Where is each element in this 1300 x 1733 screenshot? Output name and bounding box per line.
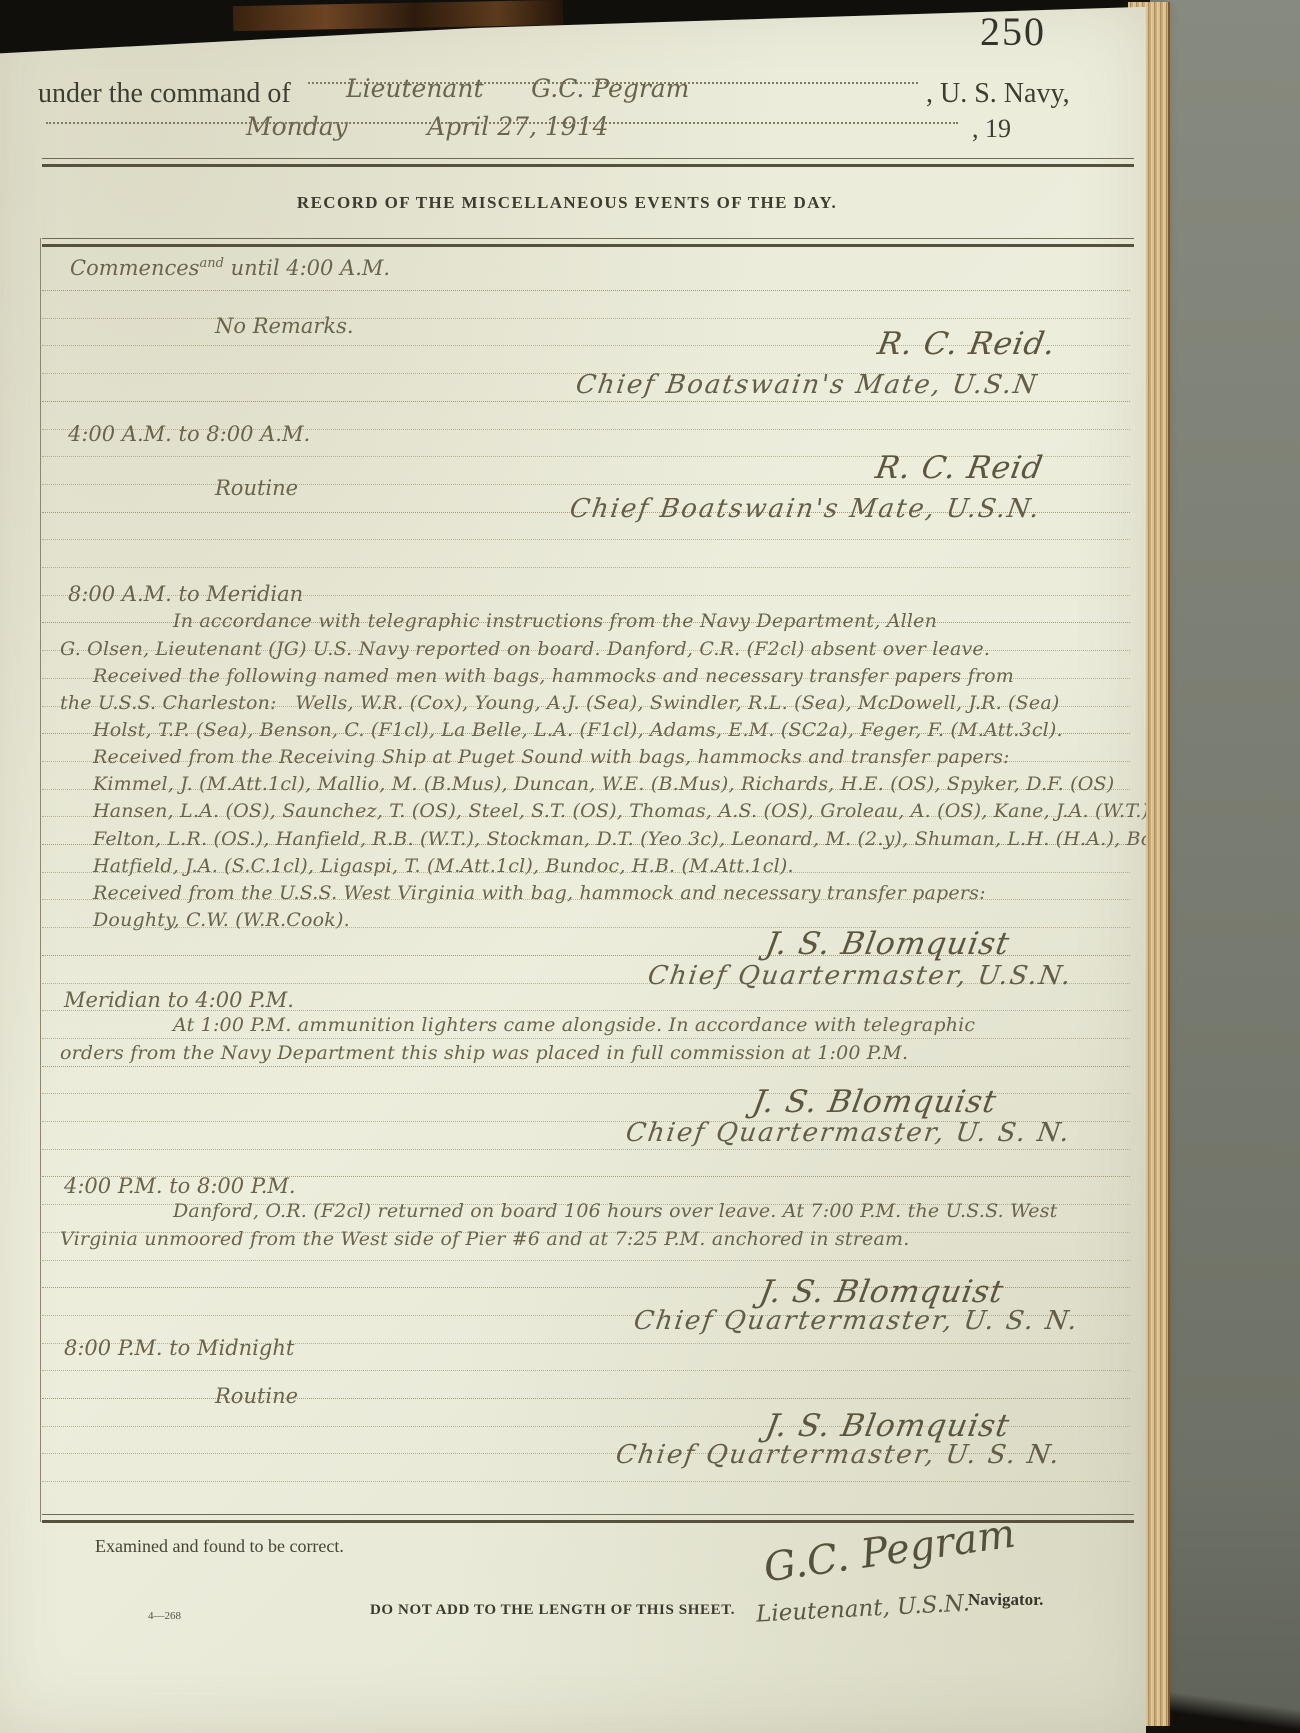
log-text-line: Felton, L.R. (OS.), Hanfield, R.B. (W.T.… <box>93 828 1146 850</box>
examined-note: Examined and found to be correct. <box>95 1536 344 1557</box>
events-heading: RECORD OF THE MISCELLANEOUS EVENTS OF TH… <box>0 193 1146 213</box>
date-handwritten: Monday April 27, 1914 <box>246 112 609 141</box>
signature-name: J. S. Blomquist <box>763 926 1013 962</box>
log-text-line: Danford, O.R. (F2cl) returned on board 1… <box>173 1200 1058 1222</box>
log-text-line: Kimmel, J. (M.Att.1cl), Mallio, M. (B.Mu… <box>93 773 1114 795</box>
length-warning: DO NOT ADD TO THE LENGTH OF THIS SHEET. <box>370 1602 735 1619</box>
log-text-line: In accordance with telegraphic instructi… <box>173 610 937 632</box>
ruled-line <box>42 1398 1130 1399</box>
ruled-line <box>42 401 1130 402</box>
watch-remark: Routine <box>215 476 298 500</box>
ruled-line <box>42 1038 1130 1039</box>
ruled-line <box>42 1481 1130 1482</box>
ruled-line <box>42 567 1130 568</box>
watch-time-heading: 4:00 A.M. to 8:00 A.M. <box>68 422 310 446</box>
log-text-line: Holst, T.P. (Sea), Benson, C. (F1cl), La… <box>93 719 1063 741</box>
ruled-line <box>42 1066 1130 1067</box>
signature-title: Chief Boatswain's Mate, U.S.N <box>574 370 1040 400</box>
signature-name: R. C. Reid <box>873 450 1046 486</box>
log-page: 250 under the command of Lieutenant G.C.… <box>0 0 1146 1733</box>
date-underline <box>46 122 958 124</box>
log-text-line: Received the following named men with ba… <box>93 665 1014 687</box>
log-text-line: Hatfield, J.A. (S.C.1cl), Ligaspi, T. (M… <box>93 855 794 877</box>
signature-name: J. S. Blomquist <box>763 1408 1013 1444</box>
usnavy-suffix: , U. S. Navy, <box>926 78 1070 110</box>
backing-page <box>1150 0 1300 1733</box>
commander-name-handwritten: Lieutenant G.C. Pegram <box>346 74 689 103</box>
signature-title: Chief Quartermaster, U.S.N. <box>646 961 1074 991</box>
form-number: 4—268 <box>148 1610 181 1622</box>
signature-name: J. S. Blomquist <box>757 1274 1007 1310</box>
leather-spine-strip <box>233 0 563 31</box>
signature-title: Chief Boatswain's Mate, U.S.N. <box>568 494 1043 524</box>
bottom-right-shadow <box>1150 1686 1300 1733</box>
command-underline <box>308 82 918 84</box>
log-text-line: Hansen, L.A. (OS), Saunchez, T. (OS), St… <box>93 800 1146 822</box>
log-text-line: At 1:00 P.M. ammunition lighters came al… <box>173 1014 975 1036</box>
watch-time-heading: 8:00 P.M. to Midnight <box>64 1336 294 1360</box>
signature-name: R. C. Reid. <box>875 326 1059 362</box>
ruled-line <box>42 1260 1130 1261</box>
ruled-line <box>42 290 1130 291</box>
ruled-line <box>42 1149 1130 1150</box>
command-prefix: under the command of <box>38 78 291 110</box>
double-rule-header <box>42 158 1134 167</box>
watch-remark: Routine <box>215 1384 298 1408</box>
navigator-label: Navigator. <box>968 1590 1043 1610</box>
log-text-line: Virginia unmoored from the West side of … <box>60 1228 909 1250</box>
left-margin-rule <box>40 238 41 1522</box>
watch-time-heading: Commencesand until 4:00 A.M. <box>70 256 390 280</box>
log-text-line: the U.S.S. Charleston: Wells, W.R. (Cox)… <box>60 692 1059 714</box>
page-number: 250 <box>980 8 1046 55</box>
log-text-line: G. Olsen, Lieutenant (JG) U.S. Navy repo… <box>60 638 990 660</box>
double-rule-top <box>42 238 1134 247</box>
watch-remark: No Remarks. <box>215 314 354 338</box>
signature-title: Chief Quartermaster, U. S. N. <box>614 1440 1063 1470</box>
log-text-line: Doughty, C.W. (W.R.Cook). <box>93 909 350 931</box>
watch-time-heading: 8:00 A.M. to Meridian <box>68 582 303 606</box>
ruled-line <box>42 318 1130 319</box>
watch-time-heading: 4:00 P.M. to 8:00 P.M. <box>64 1174 296 1198</box>
log-text-line: Received from the Receiving Ship at Puge… <box>93 746 1010 768</box>
signature-title: Chief Quartermaster, U. S. N. <box>624 1118 1073 1148</box>
signature-title: Chief Quartermaster, U. S. N. <box>632 1306 1081 1336</box>
ruled-line <box>42 539 1130 540</box>
watch-time-heading: Meridian to 4:00 P.M. <box>64 988 294 1012</box>
navigator-rank: Lieutenant, U.S.N. <box>755 1590 970 1627</box>
year-prefix: , 19 <box>972 114 1011 144</box>
log-text-line: Received from the U.S.S. West Virginia w… <box>93 882 986 904</box>
signature-name: J. S. Blomquist <box>750 1084 1000 1120</box>
ruled-line <box>42 1370 1130 1371</box>
logbook-photo: 250 under the command of Lieutenant G.C.… <box>0 0 1300 1733</box>
log-text-line: orders from the Navy Department this shi… <box>60 1042 908 1064</box>
